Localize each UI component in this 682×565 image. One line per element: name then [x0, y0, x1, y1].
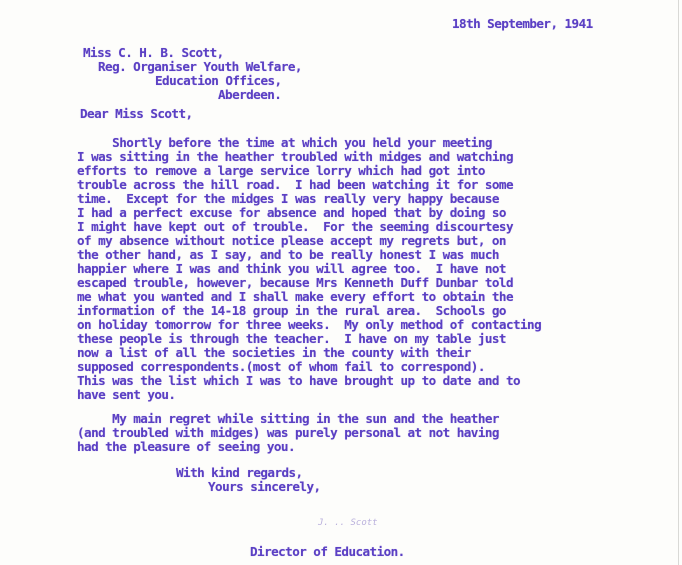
- body-line: on holiday tomorrow for three weeks. My …: [77, 318, 541, 332]
- letter-page: 18th September, 1941 Miss C. H. B. Scott…: [0, 0, 682, 565]
- letter-date: 18th September, 1941: [452, 17, 593, 31]
- body-line: have sent you.: [77, 388, 175, 402]
- recipient-office: Education Offices,: [155, 74, 282, 88]
- body-line: I had a perfect excuse for absence and h…: [77, 206, 506, 220]
- body-line: trouble across the hill road. I had been…: [77, 178, 513, 192]
- body-line: escaped trouble, however, because Mrs Ke…: [77, 276, 513, 290]
- body-line: (and troubled with midges) was purely pe…: [77, 426, 499, 440]
- body-line: of my absence without notice please acce…: [77, 234, 506, 248]
- body-line: My main regret while sitting in the sun …: [77, 412, 499, 426]
- body-line: time. Except for the midges I was really…: [77, 192, 499, 206]
- body-line: these people is through the teacher. I h…: [77, 332, 506, 346]
- body-line: I might have kept out of trouble. For th…: [77, 220, 513, 234]
- body-line: I was sitting in the heather troubled wi…: [77, 150, 513, 164]
- signoff: Yours sincerely,: [208, 480, 321, 494]
- salutation: Dear Miss Scott,: [80, 107, 193, 121]
- sender-title: Director of Education.: [250, 545, 405, 559]
- recipient-title: Reg. Organiser Youth Welfare,: [98, 60, 302, 74]
- recipient-city: Aberdeen.: [218, 88, 281, 102]
- body-line: the other hand, as I say, and to be real…: [77, 248, 499, 262]
- body-line: Shortly before the time at which you hel…: [77, 136, 492, 150]
- closing: With kind regards,: [176, 466, 303, 480]
- body-line: now a list of all the societies in the c…: [77, 346, 471, 360]
- body-line: me what you wanted and I shall make ever…: [77, 290, 513, 304]
- body-line: had the pleasure of seeing you.: [77, 440, 295, 454]
- page-edge: [678, 0, 679, 565]
- body-line: efforts to remove a large service lorry …: [77, 164, 485, 178]
- signature: J. .. Scott: [318, 518, 378, 528]
- body-line: happier where I was and think you will a…: [77, 262, 506, 276]
- recipient-name: Miss C. H. B. Scott,: [83, 46, 224, 60]
- body-line: information of the 14-18 group in the ru…: [77, 304, 506, 318]
- body-line: supposed correspondents.(most of whom fa…: [77, 360, 485, 374]
- body-line: This was the list which I was to have br…: [77, 374, 520, 388]
